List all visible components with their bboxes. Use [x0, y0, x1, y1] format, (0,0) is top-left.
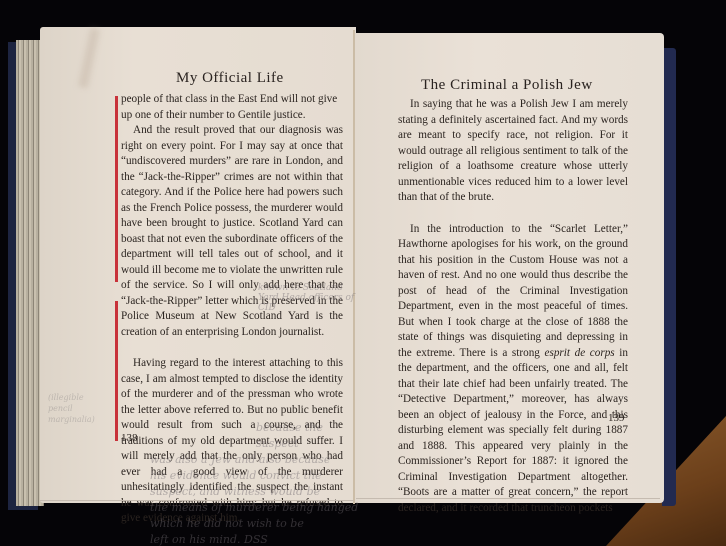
book-cover-right	[662, 48, 676, 506]
red-margin-line-1	[115, 96, 118, 282]
left-page-bottom-edge	[40, 500, 354, 501]
right-paragraph-2: In the introduction to the “Scarlet Lett…	[398, 222, 628, 517]
right-page-number: 139	[608, 412, 625, 424]
esprit-de-corps-italic: esprit de corps	[545, 347, 615, 359]
pencil-line: suspect, and witness would be	[150, 484, 360, 500]
pencil-line: because the suspect	[150, 420, 360, 452]
right-paragraph-2-part-1: In the introduction to the “Scarlet Lett…	[398, 223, 628, 359]
pencil-line: the means of murderer being hanged	[150, 500, 360, 516]
pencil-line: which he did not wish to be	[150, 516, 360, 532]
pencil-line: his evidence would convict the	[150, 468, 360, 484]
left-page-heading: My Official Life	[176, 70, 284, 87]
right-page-heading: The Criminal a Polish Jew	[421, 77, 593, 94]
right-page-body: In saying that he was a Polish Jew I am …	[398, 97, 628, 516]
pencil-margin-text: (illegible pencil marginalia)	[48, 393, 95, 424]
left-paragraph-1-line-2: up one of their number to Gentile justic…	[121, 108, 343, 124]
left-page-number: 138	[121, 432, 138, 444]
red-margin-line-2	[115, 301, 118, 441]
pencil-line: left on his mind. DSS	[150, 532, 360, 546]
right-paragraph-1: In saying that he was a Polish Jew I am …	[398, 97, 628, 206]
right-paragraph-2-part-2: in the department, and the officers, one…	[398, 347, 628, 514]
pencil-note-bottom: because the suspect was also a Jew and a…	[150, 420, 360, 546]
left-paragraph-1-line-1: people of that class in the East End wil…	[121, 92, 343, 108]
pencil-line: was also a Jew and also because	[150, 452, 360, 468]
pencil-note-journalist: known to Scotland Yard Head officers of …	[258, 283, 358, 313]
right-page-bottom-edge	[356, 498, 660, 499]
pencil-note-margin: (illegible pencil marginalia)	[48, 392, 110, 462]
